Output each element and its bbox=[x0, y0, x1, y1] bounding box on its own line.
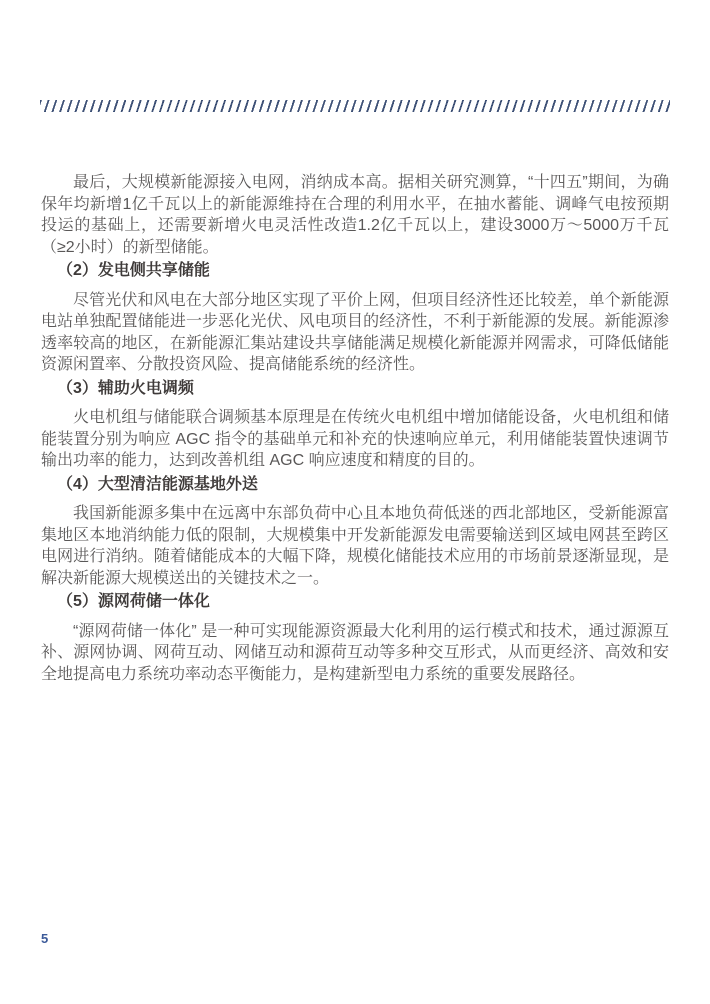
section-heading-5: （5）源网荷储一体化 bbox=[41, 591, 669, 613]
page-body: 最后，大规模新能源接入电网，消纳成本高。据相关研究测算，“十四五”期间，为确保年… bbox=[41, 172, 669, 687]
page-number: 5 bbox=[41, 932, 48, 946]
section-heading-2: （2）发电侧共享储能 bbox=[41, 260, 669, 282]
section-paragraph-5: “源网荷储一体化” 是一种可实现能源资源最大化利用的运行模式和技术，通过源源互补… bbox=[41, 621, 669, 686]
section-heading-3: （3）辅助火电调频 bbox=[41, 378, 669, 400]
section-paragraph-2: 尽管光伏和风电在大部分地区实现了平价上网，但项目经济性还比较差，单个新能源电站单… bbox=[41, 290, 669, 376]
decorative-hatch-band bbox=[40, 100, 670, 112]
section-heading-4: （4）大型清洁能源基地外送 bbox=[41, 474, 669, 496]
document-page: 最后，大规模新能源接入电网，消纳成本高。据相关研究测算，“十四五”期间，为确保年… bbox=[0, 0, 710, 1004]
intro-paragraph: 最后，大规模新能源接入电网，消纳成本高。据相关研究测算，“十四五”期间，为确保年… bbox=[41, 172, 669, 258]
section-paragraph-4: 我国新能源多集中在远离中东部负荷中心且本地负荷低迷的西北部地区，受新能源富集地区… bbox=[41, 503, 669, 589]
section-paragraph-3: 火电机组与储能联合调频基本原理是在传统火电机组中增加储能设备，火电机组和储能装置… bbox=[41, 407, 669, 472]
